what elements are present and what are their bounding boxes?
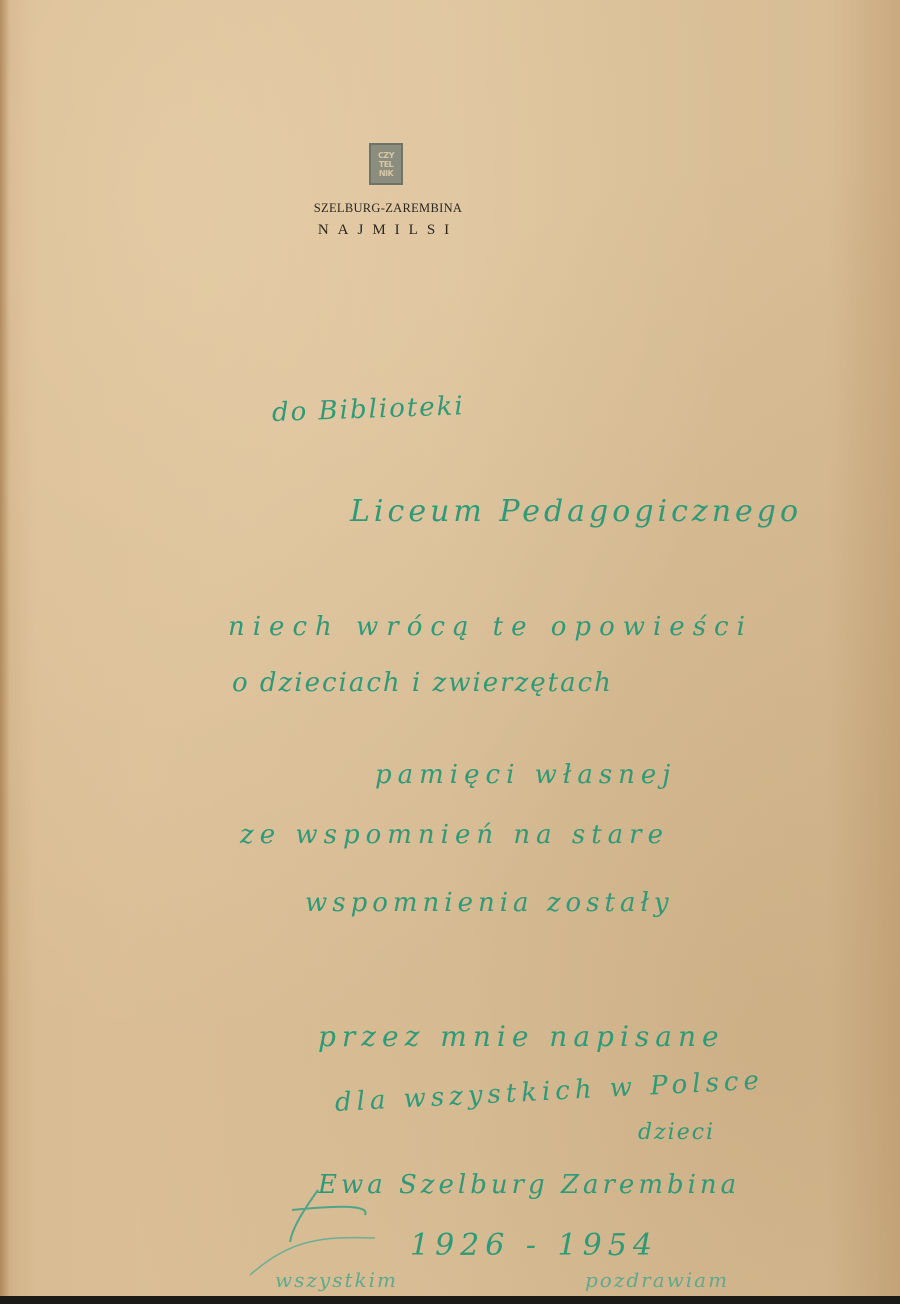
scan-border (0, 1296, 900, 1304)
pen-flourishes (0, 0, 900, 1296)
book-cover-page: CZY TEL NIK SZELBURG-ZAREMBINA NAJMILSI … (0, 0, 900, 1296)
